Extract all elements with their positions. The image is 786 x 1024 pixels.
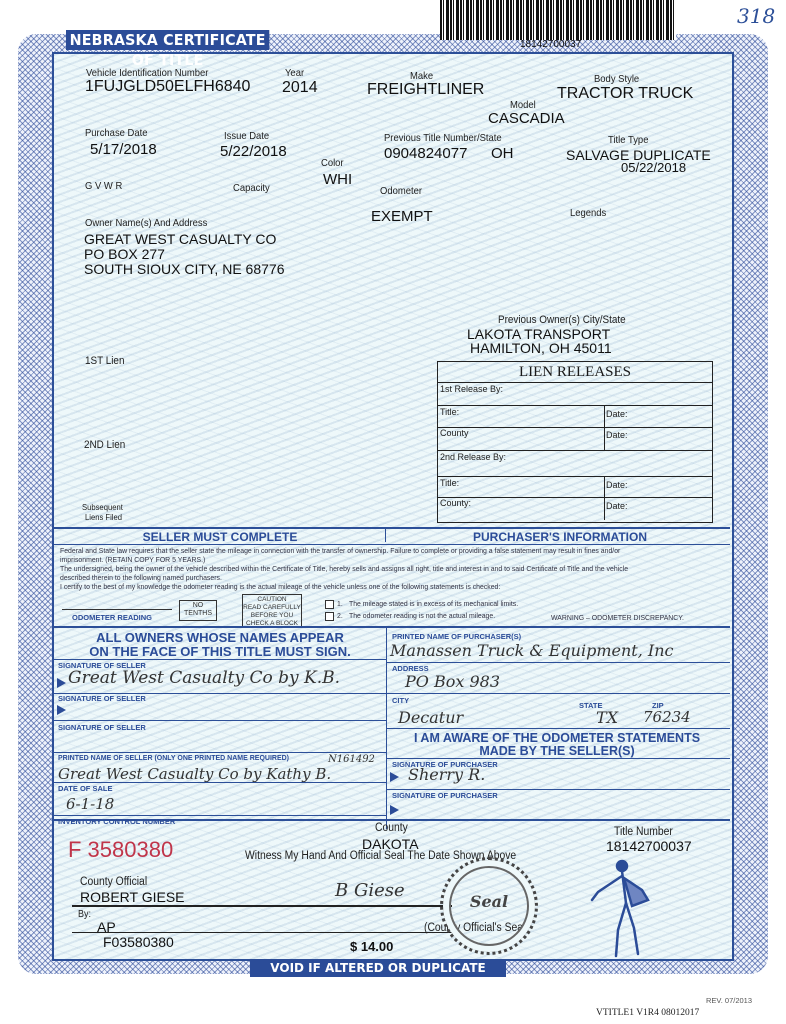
odometer-label: Odometer [380, 185, 422, 197]
capacity-label: Capacity [233, 182, 270, 194]
first-county-date-label: Date: [606, 430, 628, 440]
year-label: Year [285, 67, 304, 79]
handwritten-corner-note: 318 [737, 4, 775, 28]
legal-text-1: Federal and State law requires that the … [60, 546, 620, 555]
odometer-aware-notice-2: MADE BY THE SELLER(S) [392, 744, 722, 758]
no-tenths-box: NO TENTHS [179, 600, 217, 621]
printed-seller-name-label: PRINTED NAME OF SELLER (ONLY ONE PRINTED… [58, 755, 289, 762]
first-release-county-row[interactable]: County Date: [438, 428, 712, 451]
by-label: By: [78, 909, 91, 920]
lien-releases-box: LIEN RELEASES 1st Release By: Title: Dat… [437, 361, 713, 523]
title-fee: $ 14.00 [350, 939, 393, 954]
void-if-altered-banner: VOID IF ALTERED OR DUPLICATE ISSUED [250, 959, 506, 977]
purchaser-heading: PURCHASER'S INFORMATION [390, 530, 730, 544]
not-actual-mileage-checkbox[interactable] [325, 612, 334, 621]
year-value: 2014 [282, 79, 318, 97]
seller-signature-2-label: SIGNATURE OF SELLER [58, 694, 146, 703]
purchaser-signature-1[interactable]: Sherry R. [408, 765, 485, 784]
date-of-sale-label: DATE OF SALE [58, 784, 112, 793]
purchaser-city-label: CITY [392, 696, 409, 705]
mileage-excess-checkbox[interactable] [325, 600, 334, 609]
title-type-date: 05/22/2018 [621, 160, 686, 175]
subsequent-liens-label-2: Liens Filed [85, 512, 122, 522]
lien-releases-title: LIEN RELEASES [438, 362, 712, 383]
form-code: VTITLE1 V1R4 08012017 [596, 1008, 699, 1018]
first-title-label: Title: [440, 407, 459, 417]
printed-seller-name[interactable]: Great West Casualty Co by Kathy B. [58, 765, 331, 783]
owner-name: GREAT WEST CASUALTY CO [84, 231, 276, 247]
first-release-by-label: 1st Release By: [440, 384, 503, 394]
first-lien-label: 1ST Lien [85, 355, 124, 367]
seller-signature-3-label: SIGNATURE OF SELLER [58, 723, 146, 732]
legends-label: Legends [570, 207, 606, 219]
first-release-title-row[interactable]: Title: Date: [438, 406, 712, 428]
title-type-label: Title Type [608, 134, 648, 146]
all-owners-notice-1: ALL OWNERS WHOSE NAMES APPEAR [60, 630, 380, 645]
seal-text: Seal [443, 892, 535, 911]
legal-text-4: described therein to the following named… [60, 573, 222, 582]
issue-date-label: Issue Date [224, 130, 269, 142]
county-official-name: ROBERT GIESE [80, 889, 185, 905]
title-number-label: Title Number [614, 826, 673, 838]
purchaser-zip[interactable]: 76234 [643, 708, 691, 726]
county-official-label: County Official [80, 876, 147, 888]
gvwr-label: G V W R [85, 180, 122, 192]
seller-signature-1[interactable]: Great West Casualty Co by K.B. [68, 668, 340, 688]
caution-box: CAUTION READ CAREFULLY BEFORE YOU CHECK … [242, 594, 302, 627]
odometer-reading-label: ODOMETER READING [72, 613, 152, 622]
statement-1-text: The mileage stated is in excess of its m… [349, 599, 518, 608]
odometer-discrepancy-warning: WARNING – ODOMETER DISCREPANCY. [551, 613, 684, 622]
second-release-row[interactable]: 2nd Release By: [438, 451, 712, 477]
issue-date-value: 5/22/2018 [220, 143, 287, 160]
printed-purchaser-name[interactable]: Manassen Truck & Equipment, Inc [390, 641, 673, 660]
date-of-sale[interactable]: 6-1-18 [66, 795, 114, 813]
purchaser-city[interactable]: Decatur [398, 708, 463, 727]
subsequent-liens-label-1: Subsequent [82, 502, 123, 512]
title-barcode [440, 0, 676, 40]
sign-here-arrow-icon [390, 772, 399, 782]
certificate-title: NEBRASKA CERTIFICATE OF TITLE [66, 30, 269, 50]
purchaser-address[interactable]: PO Box 983 [405, 672, 500, 691]
body-style-value: TRACTOR TRUCK [557, 85, 693, 103]
inventory-control-number: F 3580380 [68, 837, 173, 863]
statement-1-num: 1. [337, 599, 343, 608]
inventory-control-label: INVENTORY CONTROL NUMBER [58, 817, 175, 826]
sign-here-arrow-icon [57, 705, 66, 715]
second-county-label: County: [440, 498, 471, 508]
revision-date: REV. 07/2013 [706, 996, 752, 1005]
county-seal-icon: Seal [440, 857, 538, 955]
legal-text-3: The undersigned, being the owner of the … [60, 564, 628, 573]
county-label: County [375, 822, 408, 834]
title-number-value: 18142700037 [606, 838, 692, 854]
make-value: FREIGHTLINER [367, 81, 484, 99]
model-value: CASCADIA [488, 110, 565, 127]
previous-title-label: Previous Title Number/State [384, 132, 502, 144]
second-county-date-label: Date: [606, 501, 628, 511]
odometer-aware-notice-1: I AM AWARE OF THE ODOMETER STATEMENTS [392, 731, 722, 745]
purchase-date-value: 5/17/2018 [90, 141, 157, 158]
owner-address-2: SOUTH SIOUX CITY, NE 68776 [84, 261, 284, 277]
second-release-by-label: 2nd Release By: [440, 452, 506, 462]
previous-owner-label: Previous Owner(s) City/State [498, 314, 626, 326]
odometer-value: EXEMPT [371, 208, 433, 225]
first-date-label: Date: [606, 409, 628, 419]
previous-owner-city: HAMILTON, OH 45011 [470, 340, 612, 356]
purchaser-signature-2-label: SIGNATURE OF PURCHASER [392, 791, 498, 800]
sign-here-arrow-icon [57, 678, 66, 688]
sign-here-arrow-icon [390, 805, 399, 815]
legal-text-5: I certify to the best of my knowledge th… [60, 582, 500, 591]
body-style-label: Body Style [594, 73, 639, 85]
printed-purchaser-label: PRINTED NAME OF PURCHASER(S) [392, 632, 521, 641]
vin-value: 1FUJGLD50ELFH6840 [85, 78, 250, 96]
second-release-county-row[interactable]: County: Date: [438, 498, 712, 520]
first-county-label: County [440, 428, 469, 438]
control-code: F03580380 [103, 934, 174, 950]
purchase-date-label: Purchase Date [85, 127, 148, 139]
sower-statue-icon [588, 858, 658, 958]
barcode-number: 18142700037 [520, 39, 581, 50]
first-release-row[interactable]: 1st Release By: [438, 383, 712, 406]
statement-2-text: The odometer reading is not the actual m… [349, 611, 495, 620]
purchaser-state[interactable]: TX [596, 708, 618, 727]
statement-2-num: 2. [337, 611, 343, 620]
previous-title-state: OH [491, 145, 514, 162]
second-title-label: Title: [440, 478, 459, 488]
color-value: WHI [323, 171, 352, 188]
owner-address-1: PO BOX 277 [84, 246, 165, 262]
color-label: Color [321, 157, 344, 169]
legal-text-2: imprisonment. (RETAIN COPY FOR 5 YEARS.) [60, 555, 205, 564]
seller-heading: SELLER MUST COMPLETE [60, 530, 380, 544]
second-release-title-row[interactable]: Title: Date: [438, 477, 712, 498]
county-official-signature: B Giese [335, 880, 405, 901]
printed-seller-note: N161492 [328, 754, 375, 765]
owner-label: Owner Name(s) And Address [85, 217, 207, 229]
second-date-label: Date: [606, 480, 628, 490]
all-owners-notice-2: ON THE FACE OF THIS TITLE MUST SIGN. [60, 644, 380, 659]
previous-title-number: 0904824077 [384, 145, 467, 162]
second-lien-label: 2ND Lien [84, 439, 125, 451]
